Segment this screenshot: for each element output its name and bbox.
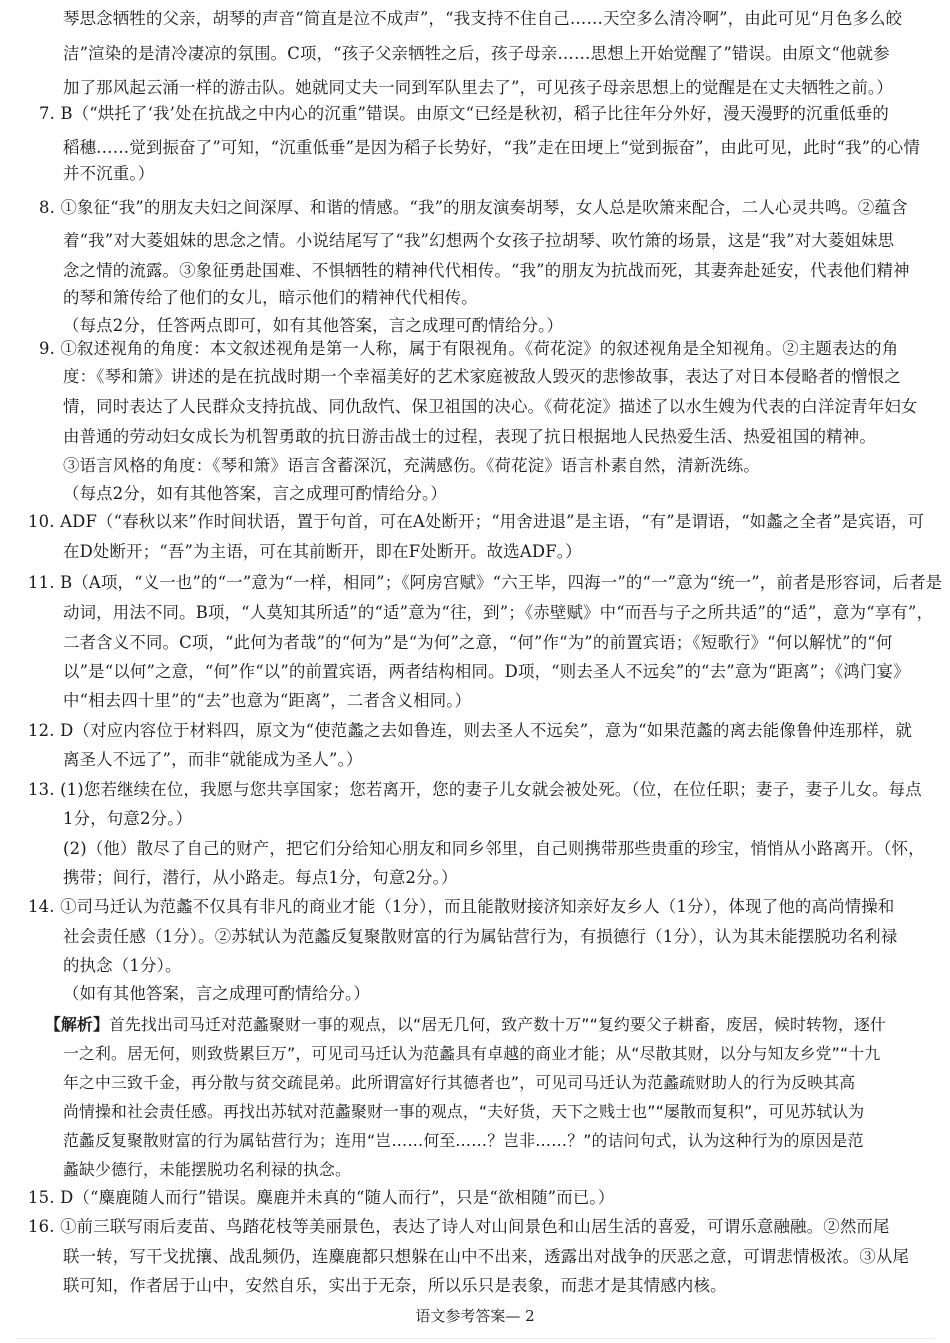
text-line: 8. ①象征“我”的朋友夫妇之间深厚、和谐的情感。“我”的朋友演奏胡琴，女人总是… bbox=[39, 198, 908, 218]
analysis-line: 年之中三致千金，再分散与贫交疏昆弟。此所谓富好行其德者也”，可见司马迁认为范蠡疏… bbox=[63, 1073, 855, 1093]
text-line: 10. ADF（“春秋以来”作时间状语，置于句首，可在A处断开；“用舍进退”是主… bbox=[28, 512, 924, 532]
text-line: (2)（他）散尽了自己的财产，把它们分给知心朋友和同乡邻里，自己则携带那些贵重的… bbox=[63, 839, 925, 859]
text-line: 情，同时表达了人民群众支持抗战、同仇敌忾、保卫祖国的决心。《荷花淀》描述了以水生… bbox=[63, 397, 918, 417]
text-line: 并不沉重。） bbox=[63, 164, 154, 184]
text-line: （如有其他答案，言之成理可酌情给分。） bbox=[63, 984, 370, 1004]
text-line: 动词，用法不同。B项，“人莫知其所适”的“适”意为“往，到”；《赤壁赋》中“而吾… bbox=[63, 603, 933, 623]
text-line: （每点2分，任答两点即可，如有其他答案，言之成理可酌情给分。） bbox=[63, 316, 563, 336]
text-line: 社会责任感（1分）。②苏轼认为范蠡反复聚散财富的行为属钻营行为，有损德行（1分）… bbox=[63, 927, 897, 947]
page-footer: 语文参考答案— 2 bbox=[0, 1307, 950, 1325]
text-line: 11. B（A项，“义一也”的“一”意为“一样，相同”；《阿房宫赋》“六王毕，四… bbox=[28, 573, 942, 593]
text-line: 二者含义不同。C项，“此何为者哉”的“何为”是“为何”之意，“何”作“为”的前置… bbox=[63, 633, 892, 653]
text-line: ③语言风格的角度：《琴和箫》语言含蓄深沉，充满感伤。《荷花淀》语言朴素自然，清新… bbox=[63, 456, 760, 476]
text-line: 由普通的劳动妇女成长为机智勇敢的抗日游击战士的过程，表现了抗日根据地人民热爱生活… bbox=[63, 427, 876, 447]
answer-key-page: 琴思念牺牲的父亲，胡琴的声音“简直是泣不成声”，“我支持不住自己……天空多么清冷… bbox=[0, 0, 950, 1343]
text-line: 16. ①前三联写雨后麦苗、鸟踏花枝等美丽景色，表达了诗人对山间景色和山居生活的… bbox=[28, 1217, 890, 1237]
bottom-divider bbox=[15, 1338, 935, 1339]
text-line: 的琴和箫传给了他们的女儿，暗示他们的精神代代相传。 bbox=[63, 288, 478, 308]
text-line: 以”是“以何”之意，“何”作“以”的前置宾语，两者结构相同。D项，“则去圣人不远… bbox=[63, 662, 910, 682]
text-line: 着“我”对大菱姐妹的思念之情。小说结尾写了“我”幻想两个女孩子拉胡琴、吹竹箫的场… bbox=[63, 231, 894, 251]
text-line: 的执念（1分）。 bbox=[63, 956, 182, 976]
text-line: 离圣人不远了”，而非“就能成为圣人”。） bbox=[63, 750, 363, 770]
text-line: 在D处断开；“吾”为主语，可在其前断开，即在F处断开。故选ADF。） bbox=[63, 542, 582, 562]
text-line: 14. ①司马迁认为范蠡不仅具有非凡的商业才能（1分），而且能散财接济知亲好友乡… bbox=[28, 897, 894, 917]
text-line: 15. D（“麋鹿随人而行”错误。麋鹿并未真的“随人而行”，只是“欲相随”而已。… bbox=[28, 1188, 614, 1208]
analysis-text: 首先找出司马迁对范蠡聚财一事的观点，以“居无几何，致产数十万”“复约要父子耕畜，… bbox=[109, 1015, 886, 1034]
text-line: 1分，句意2分。） bbox=[63, 809, 192, 829]
text-line: （每点2分，如有其他答案，言之成理可酌情给分。） bbox=[63, 484, 447, 504]
analysis-line: 【解析】首先找出司马迁对范蠡聚财一事的观点，以“居无几何，致产数十万”“复约要父… bbox=[45, 1015, 886, 1035]
text-line: 琴思念牺牲的父亲，胡琴的声音“简直是泣不成声”，“我支持不住自己……天空多么清冷… bbox=[63, 9, 902, 29]
text-line: 度：《琴和箫》讲述的是在抗战时期一个幸福美好的艺术家庭被敌人毁灭的悲惨故事，表达… bbox=[63, 367, 901, 387]
text-line: 12. D（对应内容位于材料四，原文为“使范蠡之去如鲁连，则去圣人不远矣”，意为… bbox=[28, 721, 912, 741]
text-line: 7. B（“烘托了‘我’处在抗战之中内心的沉重”错误。由原文“已经是秋初，稻子比… bbox=[39, 104, 889, 124]
analysis-line: 一之利。居无何，则致赀累巨万”，可见司马迁认为范蠡具有卓越的商业才能；从“尽散其… bbox=[63, 1044, 880, 1064]
text-line: 9. ①叙述视角的角度：本文叙述视角是第一人称，属于有限视角。《荷花淀》的叙述视… bbox=[39, 339, 898, 359]
text-line: 洁”渲染的是清冷凄凉的氛围。C项，“孩子父亲牺牲之后，孩子母亲……思想上开始觉醒… bbox=[63, 44, 890, 64]
text-line: 加了那风起云涌一样的游击队。她就同丈夫一同到军队里去了”，可见孩子母亲思想上的觉… bbox=[63, 78, 893, 98]
text-line: 念之情的流露。③象征勇赴国难、不惧牺牲的精神代代相传。“我”的朋友为抗战而死，其… bbox=[63, 261, 910, 281]
text-line: 联一转，写干戈扰攘、战乱频仍，连麋鹿都只想躲在山中不出来，透露出对战争的厌恶之意… bbox=[63, 1247, 909, 1267]
analysis-tag: 【解析】 bbox=[45, 1015, 109, 1034]
analysis-line: 尚情操和社会责任感。再找出苏轼对范蠡聚财一事的观点，“夫好货，天下之贱士也”“屡… bbox=[63, 1102, 864, 1122]
text-line: 稻穗……觉到振奋了”可知，“沉重低垂”是因为稻子长势好，“我”走在田埂上“觉到振… bbox=[63, 138, 920, 158]
analysis-line: 蠡缺少德行，未能摆脱功名利禄的执念。 bbox=[63, 1160, 351, 1180]
text-line: 联可知，作者居于山中，安然自乐，实出于无奈，所以乐只是表象，而悲才是其情感内核。 bbox=[63, 1276, 727, 1296]
analysis-line: 范蠡反复聚散财富的行为属钻营行为；连用“岂……何至……？岂非……？”的诘问句式，… bbox=[63, 1131, 864, 1151]
text-line: 13. (1)您若继续在位，我愿与您共享国家；您若离开，您的妻子儿女就会被处死。… bbox=[28, 780, 922, 800]
text-line: 中“相去四十里”的“去”也意为“距离”，二者含义相同。） bbox=[63, 691, 471, 711]
text-line: 携带；间行，潜行，从小路走。每点1分，句意2分。） bbox=[63, 868, 458, 888]
